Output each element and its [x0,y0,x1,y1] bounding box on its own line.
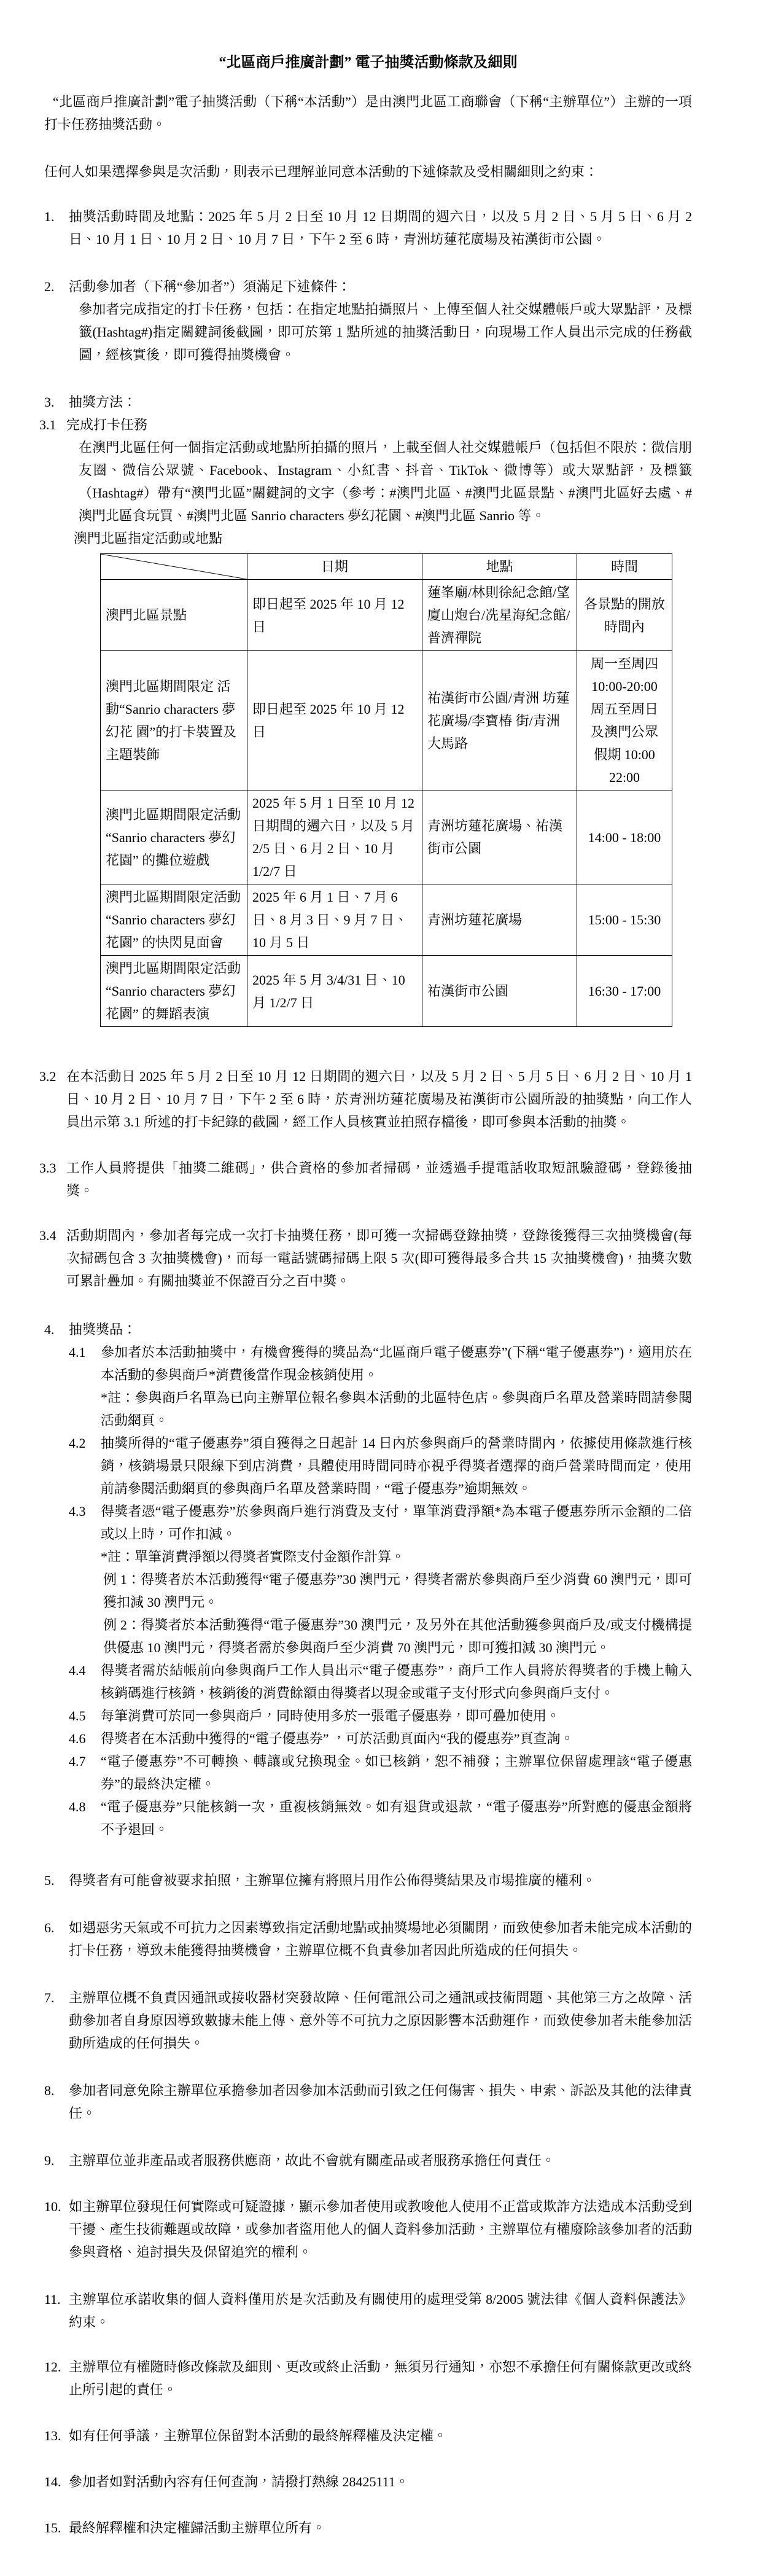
header-date: 日期 [247,554,422,580]
term-item-8-text: 參加者同意免除主辦單位承擔參加者因參加本活動而引致之任何傷害、損失、申索、訴訟及… [69,2083,692,2121]
clause-3-2-text: 在本活動日 2025 年 5 月 2 日至 10 月 12 日期間的週六日，以及… [66,1069,692,1130]
term-item-7-text: 主辦單位概不負責因通訊或接收器材突發故障、任何電訊公司之通訊或技術問題、其他第三… [69,1990,692,2051]
term-item-14: 14. 參加者如對活動內容有任何查詢，請撥打熱線 28425111。 [44,2470,692,2493]
diagonal-corner-cell [101,554,247,580]
row1-location: 蓮峯廟/林則徐紀念館/望廈山炮台/冼星海紀念館/普濟禪院 [422,580,577,651]
row3-activity: 澳門北區期間限定活動 “Sanrio characters 夢幻花園” 的攤位遊… [101,790,247,884]
clause-3-1-body: 在澳門北區任何一個指定活動或地點所拍攝的照片，上載至個人社交媒體帳戶（包括但不限… [79,436,692,527]
clause-3-1: 3.1 完成打卡任務 [39,413,692,436]
clause-3-3-number: 3.3 [39,1157,56,1179]
clause-4-6-text: 得獎者在本活動中獲得的“電子優惠券” ，可於活動頁面內“我的優惠券”頁查詢。 [101,1731,574,1746]
clause-4-3-example-1: 例 1：得獎者於本活動獲得“電子優惠券”30 澳門元，得獎者需於參與商戶至少消費… [103,1568,692,1614]
clause-4-1: 4.1 參加者於本活動抽獎中，有機會獲得的獎品為“北區商戶電子優惠券”(下稱“電… [69,1341,692,1386]
term-item-11-number: 11. [44,2288,61,2311]
term-item-8: 8. 參加者同意免除主辦單位承擔參加者因參加本活動而引致之任何傷害、損失、申索、… [44,2079,692,2125]
term-item-13: 13. 如有任何爭議，主辦單位保留對本活動的最終解釋權及決定權。 [44,2424,692,2447]
clause-3-4-text: 活動期間內，參加者每完成一次打卡抽獎任務，即可獲一次掃碼登錄抽獎，登錄後獲得三次… [66,1228,692,1289]
row2-time: 周一至周四 10:00-20:00 周五至周日 及澳門公眾 假期 10:00 2… [577,651,672,790]
clause-4-5: 4.5 每筆消費可於同一參與商戶，同時使用多於一張電子優惠券，即可疊加使用。 [69,1704,692,1727]
clause-4-4-text: 得獎者需於結帳前向參與商戶工作人員出示“電子優惠券”，商戶工作人員將於得獎者的手… [101,1663,692,1701]
row2-date: 即日起至 2025 年 10 月 12 日 [247,651,422,790]
row4-activity: 澳門北區期間限定活動 “Sanrio characters 夢幻花園” 的快閃見… [101,884,247,956]
table-row: 澳門北區景點 即日起至 2025 年 10 月 12 日 蓮峯廟/林則徐紀念館/… [101,580,672,651]
clause-4-4-number: 4.4 [69,1659,86,1682]
clause-4-8: 4.8 “電子優惠券”只能核銷一次，重複核銷無效。如有退貨或退款，“電子優惠券”… [69,1795,692,1841]
clause-4-5-text: 每筆消費可於同一參與商戶，同時使用多於一張電子優惠券，即可疊加使用。 [101,1708,560,1723]
clause-4-3-number: 4.3 [69,1500,86,1523]
clause-4-1-note: *註：參與商戶名單為已向主辦單位報名參與本活動的北區特色店。參與商戶名單及營業時… [101,1386,692,1432]
term-item-14-text: 參加者如對活動內容有任何查詢，請撥打熱線 28425111。 [69,2474,409,2489]
term-item-4-number: 4. [44,1318,55,1341]
term-item-5-number: 5. [44,1869,55,1892]
row3-location: 青洲坊蓮花廣場、祐漢街市公園 [422,790,577,884]
term-item-10-text: 如主辦單位發現任何實際或可疑證據，顯示參加者使用或教唆他人使用不正當或欺詐方法造… [69,2199,692,2260]
row5-activity: 澳門北區期間限定活動 “Sanrio characters 夢幻花園” 的舞蹈表… [101,956,247,1027]
header-time: 時間 [577,554,672,580]
term-item-10-number: 10. [44,2195,61,2218]
term-item-8-number: 8. [44,2079,55,2102]
term-item-3-text: 抽獎方法： [69,394,136,410]
row5-location: 祐漢街市公園 [422,956,577,1027]
row5-date: 2025 年 5 月 3/4/31 日、10 月 1/2/7 日 [247,956,422,1027]
term-item-2-text: 活動參加者（下稱“參加者”）須滿足下述條件： [69,279,351,294]
row3-date: 2025 年 5 月 1 日至 10 月 12 日期間的週六日，以及 5 月 2… [247,790,422,884]
clause-3-3-text: 工作人員將提供「抽獎二維碼」，供合資格的參加者掃碼，並透過手提電話收取短訊驗證碼… [66,1160,692,1198]
term-item-13-text: 如有任何爭議，主辦單位保留對本活動的最終解釋權及決定權。 [69,2428,447,2443]
intro-paragraph: “北區商戶推廣計劃”電子抽獎活動（下稱“本活動”）是由澳門北區工商聯會（下稱“主… [44,90,692,136]
clause-4-4: 4.4 得獎者需於結帳前向參與商戶工作人員出示“電子優惠券”，商戶工作人員將於得… [69,1659,692,1704]
row3-time: 14:00 - 18:00 [577,790,672,884]
term-item-7-number: 7. [44,1986,55,2009]
row1-time: 各景點的開放時間內 [577,580,672,651]
clause-4-3-note: *註：單筆消費淨額以得獎者實際支付金額作計算。 [101,1545,692,1568]
term-item-12-number: 12. [44,2355,61,2378]
clause-4-5-number: 4.5 [69,1704,86,1727]
term-item-6-number: 6. [44,1916,55,1939]
clause-3-4: 3.4 活動期間內，參加者每完成一次打卡抽獎任務，即可獲一次掃碼登錄抽獎，登錄後… [39,1224,692,1292]
term-item-12-text: 主辦單位有權隨時修改條款及細則、更改或終止活動，無須另行通知，亦恕不承擔任何有關… [69,2359,692,2397]
clause-4-2-text: 抽獎所得的“電子優惠券”須自獲得之日起計 14 日內於參與商戶的營業時間內，依據… [101,1435,692,1496]
term-item-5-text: 得獎者有可能會被要求拍照，主辦單位擁有將照片用作公佈得獎結果及市場推廣的權利。 [69,1873,596,1888]
term-item-14-number: 14. [44,2470,61,2493]
clause-3-2-number: 3.2 [39,1065,56,1088]
row4-time: 15:00 - 15:30 [577,884,672,956]
term-item-5: 5. 得獎者有可能會被要求拍照，主辦單位擁有將照片用作公佈得獎結果及市場推廣的權… [44,1869,692,1892]
schedule-table: 日期 地點 時間 澳門北區景點 即日起至 2025 年 10 月 12 日 蓮峯… [100,553,672,1027]
term-item-15-number: 15. [44,2516,61,2539]
term-item-1: 1. 抽獎活動時間及地點：2025 年 5 月 2 日至 10 月 12 日期間… [44,205,692,251]
table-row: 澳門北區期間限定活動 “Sanrio characters 夢幻花園” 的舞蹈表… [101,956,672,1027]
term-item-9-text: 主辦單位並非產品或者服務供應商，故此不會就有關產品或者服務承擔任何責任。 [69,2153,555,2168]
table-caption: 澳門北區指定活動或地點 [74,527,692,550]
page-title: “北區商戶推廣計劃” 電子抽獎活動條款及細則 [44,52,692,74]
row4-location: 青洲坊蓮花廣場 [422,884,577,956]
term-item-12: 12. 主辦單位有權隨時修改條款及細則、更改或終止活動，無須另行通知，亦恕不承擔… [44,2355,692,2401]
term-item-1-text: 抽獎活動時間及地點：2025 年 5 月 2 日至 10 月 12 日期間的週六… [69,209,692,247]
clause-4-1-number: 4.1 [69,1341,86,1364]
clause-3-1-number: 3.1 [39,413,56,436]
clause-3-3: 3.3 工作人員將提供「抽獎二維碼」，供合資格的參加者掃碼，並透過手提電話收取短… [39,1157,692,1202]
term-item-15-text: 最終解釋權和決定權歸活動主辦單位所有。 [69,2520,325,2535]
term-item-9: 9. 主辦單位並非產品或者服務供應商，故此不會就有關產品或者服務承擔任何責任。 [44,2149,692,2172]
row1-date: 即日起至 2025 年 10 月 12 日 [247,580,422,651]
header-location: 地點 [422,554,577,580]
row2-activity: 澳門北區期間限定 活動“Sanrio characters 夢幻花 園”的打卡裝… [101,651,247,790]
clause-4-8-text: “電子優惠券”只能核銷一次，重複核銷無效。如有退貨或退款，“電子優惠券”所對應的… [101,1799,692,1837]
term-item-1-number: 1. [44,205,55,228]
diagonal-line-icon [101,554,247,579]
term-item-13-number: 13. [44,2424,61,2447]
schedule-header-row: 日期 地點 時間 [101,554,672,580]
term-item-6: 6. 如遇惡劣天氣或不可抗力之因素導致指定活動地點或抽獎場地必須關閉，而致使參加… [44,1916,692,1962]
table-row: 澳門北區期間限定活動 “Sanrio characters 夢幻花園” 的攤位遊… [101,790,672,884]
clause-3-4-number: 3.4 [39,1224,56,1247]
term-item-4-text: 抽獎獎品： [69,1322,136,1337]
clause-4-6-number: 4.6 [69,1727,86,1750]
term-item-3-number: 3. [44,391,55,413]
clause-4-3-example-2: 例 2：得獎者於本活動獲得“電子優惠券”30 澳門元，及另外在其他活動獲參與商戶… [103,1614,692,1659]
clause-4-3: 4.3 得獎者憑“電子優惠券”於參與商戶進行消費及支付，單筆消費淨額*為本電子優… [69,1500,692,1545]
term-item-2-body: 參加者完成指定的打卡任務，包括：在指定地點拍攝照片、上傳至個人社交媒體帳戶或大眾… [79,298,692,366]
term-item-3: 3. 抽獎方法： [44,391,692,413]
clause-4-3-text: 得獎者憑“電子優惠券”於參與商戶進行消費及支付，單筆消費淨額*為本電子優惠券所示… [101,1504,692,1542]
clause-4-8-number: 4.8 [69,1795,86,1818]
row2-location: 祐漢街市公園/青洲 坊蓮花廣場/李寶椿 街/青洲大馬路 [422,651,577,790]
clause-4-7-text: “電子優惠券”不可轉換、轉讓或兌換現金。如已核銷，恕不補發；主辦單位保留處理該“… [101,1754,692,1792]
row1-activity: 澳門北區景點 [101,580,247,651]
clause-4-2-number: 4.2 [69,1432,86,1454]
term-item-2: 2. 活動參加者（下稱“參加者”）須滿足下述條件： [44,275,692,298]
clause-3-2: 3.2 在本活動日 2025 年 5 月 2 日至 10 月 12 日期間的週六… [39,1065,692,1133]
table-row: 澳門北區期間限定 活動“Sanrio characters 夢幻花 園”的打卡裝… [101,651,672,790]
clause-3-1-text: 完成打卡任務 [66,417,147,432]
row5-time: 16:30 - 17:00 [577,956,672,1027]
term-item-7: 7. 主辦單位概不負責因通訊或接收器材突發故障、任何電訊公司之通訊或技術問題、其… [44,1986,692,2055]
term-item-6-text: 如遇惡劣天氣或不可抗力之因素導致指定活動地點或抽獎場地必須關閉，而致使參加者未能… [69,1920,692,1958]
term-item-11: 11. 主辦單位承諾收集的個人資料僅用於是次活動及有關使用的處理受第 8/200… [44,2288,692,2333]
clause-4-1-text: 參加者於本活動抽獎中，有機會獲得的獎品為“北區商戶電子優惠券”(下稱“電子優惠券… [101,1345,692,1383]
term-item-15: 15. 最終解釋權和決定權歸活動主辦單位所有。 [44,2516,692,2539]
document-page: “北區商戶推廣計劃” 電子抽獎活動條款及細則 “北區商戶推廣計劃”電子抽獎活動（… [0,0,762,2576]
agreement-statement: 任何人如果選擇參與是次活動，則表示已理解並同意本活動的下述條款及受相關細則之約束… [44,160,692,183]
clause-4-7: 4.7 “電子優惠券”不可轉換、轉讓或兌換現金。如已核銷，恕不補發；主辦單位保留… [69,1750,692,1795]
term-item-9-number: 9. [44,2149,55,2172]
term-item-2-number: 2. [44,275,55,298]
table-row: 澳門北區期間限定活動 “Sanrio characters 夢幻花園” 的快閃見… [101,884,672,956]
term-item-10: 10. 如主辦單位發現任何實際或可疑證據，顯示參加者使用或教唆他人使用不正當或欺… [44,2195,692,2263]
term-item-4: 4. 抽獎獎品： [44,1318,692,1341]
clause-4-7-number: 4.7 [69,1750,86,1773]
clause-4-2: 4.2 抽獎所得的“電子優惠券”須自獲得之日起計 14 日內於參與商戶的營業時間… [69,1432,692,1500]
row4-date: 2025 年 6 月 1 日、7 月 6 日、8 月 3 日、9 月 7 日、1… [247,884,422,956]
term-item-11-text: 主辦單位承諾收集的個人資料僅用於是次活動及有關使用的處理受第 8/2005 號法… [69,2292,692,2330]
clause-4-6: 4.6 得獎者在本活動中獲得的“電子優惠券” ，可於活動頁面內“我的優惠券”頁查… [69,1727,692,1750]
